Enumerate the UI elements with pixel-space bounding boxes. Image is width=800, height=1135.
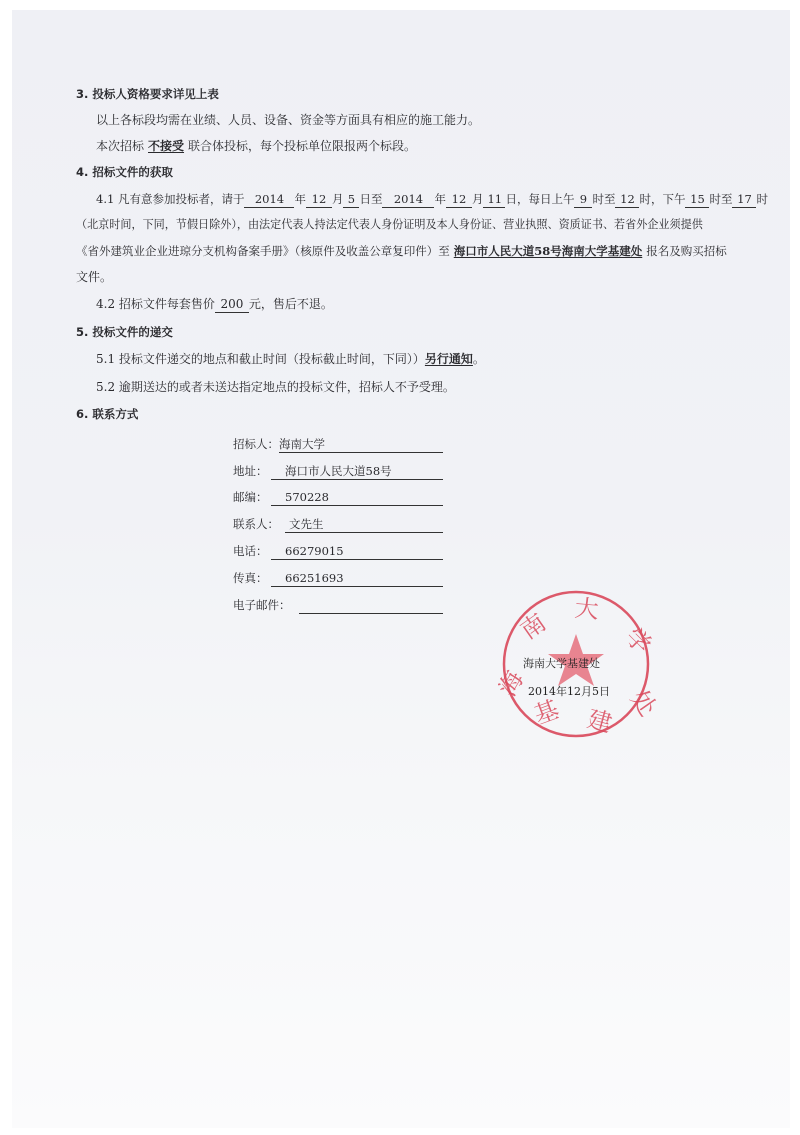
am-end-hour: 12 bbox=[615, 191, 639, 208]
start-month: 12 bbox=[306, 191, 332, 208]
section-4-1-line-2: （北京时间，下同，节假日除外），由法定代表人持法定代表人身份证明及本人身份证、营… bbox=[76, 217, 703, 233]
pm-start-hour: 15 bbox=[685, 191, 709, 208]
section-3-paragraph-1: 以上各标段均需在业绩、人员、设备、资金等方面具有相应的施工能力。 bbox=[96, 112, 480, 128]
svg-text:南: 南 bbox=[515, 608, 551, 645]
svg-text:海: 海 bbox=[498, 666, 529, 701]
signature-date: 2014年12月5日 bbox=[528, 683, 610, 699]
contact-tenderer: 招标人： 海南大学 bbox=[233, 436, 279, 452]
section-5-heading: 5. 投标文件的递交 bbox=[76, 324, 173, 340]
section-4-1-line-4: 文件。 bbox=[76, 269, 112, 285]
contact-address: 地址： 海口市人民大道58号 bbox=[233, 463, 268, 479]
phone-value: 66279015 bbox=[271, 544, 344, 558]
am-start-hour: 9 bbox=[574, 191, 592, 208]
end-day: 11 bbox=[483, 191, 505, 208]
document-page: 3. 投标人资格要求详见上表 以上各标段均需在业绩、人员、设备、资金等方面具有相… bbox=[0, 0, 800, 1135]
address-value: 海口市人民大道58号 bbox=[271, 464, 392, 478]
joint-bid-value: 不接受 bbox=[144, 139, 188, 153]
section-6-heading: 6. 联系方式 bbox=[76, 406, 138, 422]
document-price: 200 bbox=[215, 296, 249, 313]
section-4-1-line-1: 4.1 凡有意参加投标者，请于2014年12月5日至2014年12月11日，每日… bbox=[96, 191, 768, 208]
contact-email: 电子邮件： bbox=[233, 597, 291, 613]
section-5-2: 5.2 逾期送达的或者未送达指定地点的投标文件，招标人不予受理。 bbox=[96, 379, 455, 395]
svg-text:处: 处 bbox=[625, 685, 658, 721]
registration-address: 海口市人民大道58号海南大学基建处 bbox=[450, 244, 647, 258]
section-3-paragraph-2: 本次招标不接受联合体投标，每个投标单位限报两个标段。 bbox=[96, 138, 416, 154]
section-5-1: 5.1 投标文件递交的地点和截止时间（投标截止时间，下同））另行通知。 bbox=[96, 351, 485, 367]
section-4-2: 4.2 招标文件每套售价200元，售后不退。 bbox=[96, 296, 333, 313]
svg-text:大: 大 bbox=[573, 594, 599, 624]
postcode-value: 570228 bbox=[271, 490, 329, 504]
end-year: 2014 bbox=[382, 191, 434, 208]
fax-value: 66251693 bbox=[271, 571, 344, 585]
signature-organization: 海南大学基建处 bbox=[523, 655, 600, 671]
start-day: 5 bbox=[343, 191, 359, 208]
contact-phone: 电话： 66279015 bbox=[233, 543, 268, 559]
start-year: 2014 bbox=[244, 191, 294, 208]
tenderer-value: 海南大学 bbox=[279, 437, 325, 451]
section-3-heading: 3. 投标人资格要求详见上表 bbox=[76, 86, 219, 102]
section-4-heading: 4. 招标文件的获取 bbox=[76, 164, 173, 180]
email-value bbox=[299, 598, 313, 612]
contact-person-value: 文先生 bbox=[285, 517, 324, 531]
svg-text:建: 建 bbox=[584, 705, 614, 738]
contact-postcode: 邮编： 570228 bbox=[233, 489, 268, 505]
contact-fax: 传真： 66251693 bbox=[233, 570, 268, 586]
deadline-notice: 另行通知 bbox=[425, 352, 473, 366]
pm-end-hour: 17 bbox=[732, 191, 756, 208]
end-month: 12 bbox=[446, 191, 472, 208]
svg-text:学: 学 bbox=[620, 622, 657, 659]
section-4-1-line-3: 《省外建筑业企业进琼分支机构备案手册》（核原件及收盖公章复印件）至海口市人民大道… bbox=[76, 243, 727, 259]
contact-person: 联系人： 文先生 bbox=[233, 516, 279, 532]
